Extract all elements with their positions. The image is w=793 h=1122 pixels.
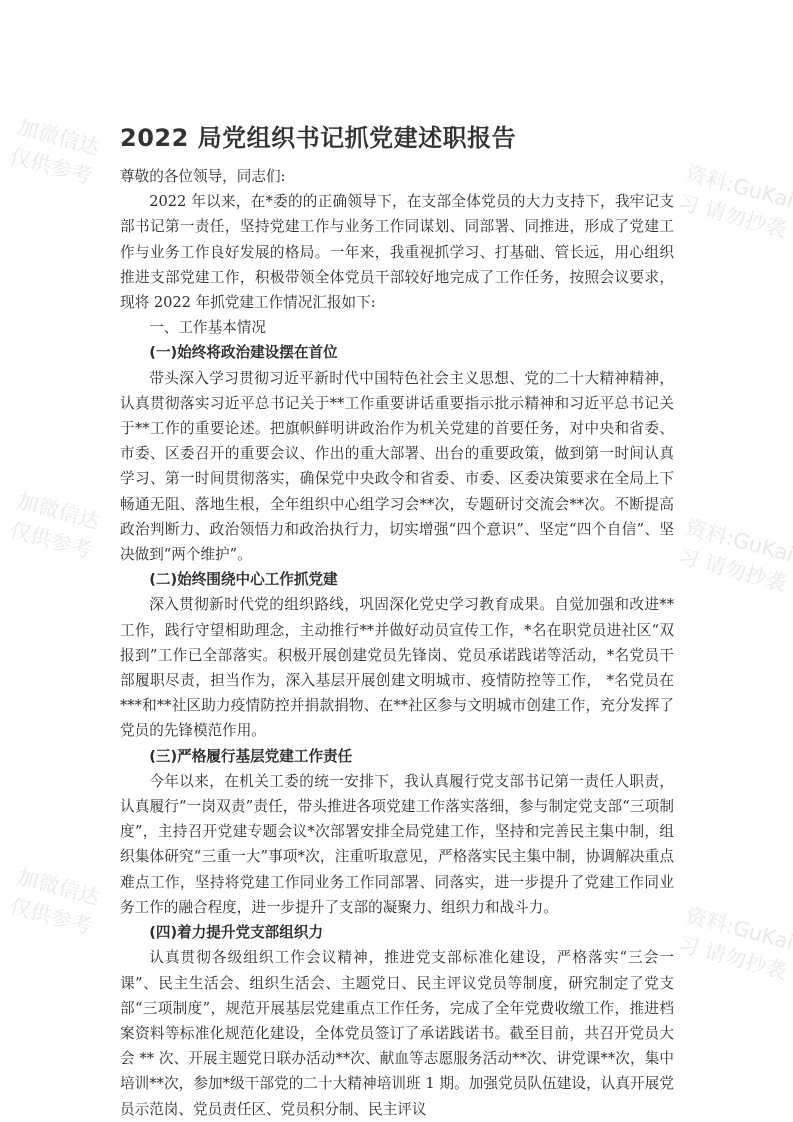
subsection-heading-3: (三)严格履行基层党建工作责任 [120,744,674,769]
watermark-text: 加微信达 [14,862,103,913]
watermark-text: 资料:GuKai [682,900,793,958]
subsection-heading-1: (一)始终将政治建设摆在首位 [120,340,674,365]
watermark-right-bottom: 资料:GuKai 习 请勿抄袭 [674,900,793,987]
document-title: 2022 局党组织书记抓党建述职报告 [120,118,674,158]
watermark-text: 仅供参考 [6,515,95,566]
watermark-text: 习 请勿抄袭 [674,929,790,987]
watermark-right-top: 资料:GuKai 习 请勿抄袭 [674,158,793,245]
watermark-text: 习 请勿抄袭 [674,187,790,245]
watermark-left-bottom: 加微信达 仅供参考 [6,862,103,942]
watermark-text: 习 请勿抄袭 [674,541,790,599]
subsection-paragraph-1: 带头深入学习贯彻习近平新时代中国特色社会主义思想、党的二十大精神精神，认真贯彻落… [120,366,674,568]
subsection-heading-4: (四)着力提升党支部组织力 [120,920,674,945]
salutation: 尊敬的各位领导，同志们: [120,164,674,189]
document-body: 2022 局党组织书记抓党建述职报告 尊敬的各位领导，同志们: 2022 年以来… [120,118,674,1122]
subsection-heading-2: (二)始终围绕中心工作抓党建 [120,567,674,592]
subsection-paragraph-4: 认真贯彻各级组织工作会议精神，推进党支部标准化建设，严格落实“三会一课”、民主生… [120,945,674,1121]
watermark-text: 仅供参考 [6,891,95,942]
section-heading-work-overview: 一、工作基本情况 [120,315,674,340]
document-page: 加微信达 仅供参考 加微信达 仅供参考 加微信达 仅供参考 资料:GuKai 习… [0,0,793,1122]
watermark-right-middle: 资料:GuKai 习 请勿抄袭 [674,512,793,599]
watermark-text: 仅供参考 [6,141,95,192]
intro-paragraph: 2022 年以来，在*委的的正确领导下，在支部全体党员的大力支持下，我牢记支部书… [120,189,674,315]
subsection-paragraph-3: 今年以来，在机关工委的统一安排下，我认真履行党支部书记第一责任人职责，认真履行“… [120,769,674,920]
watermark-left-top: 加微信达 仅供参考 [6,112,103,192]
watermark-text: 加微信达 [14,486,103,537]
watermark-left-middle: 加微信达 仅供参考 [6,486,103,566]
watermark-text: 加微信达 [14,112,103,163]
subsection-paragraph-2: 深入贯彻新时代党的组织路线，巩固深化党史学习教育成果。自觉加强和改进**工作，践… [120,592,674,743]
watermark-text: 资料:GuKai [682,512,793,570]
watermark-text: 资料:GuKai [682,158,793,216]
